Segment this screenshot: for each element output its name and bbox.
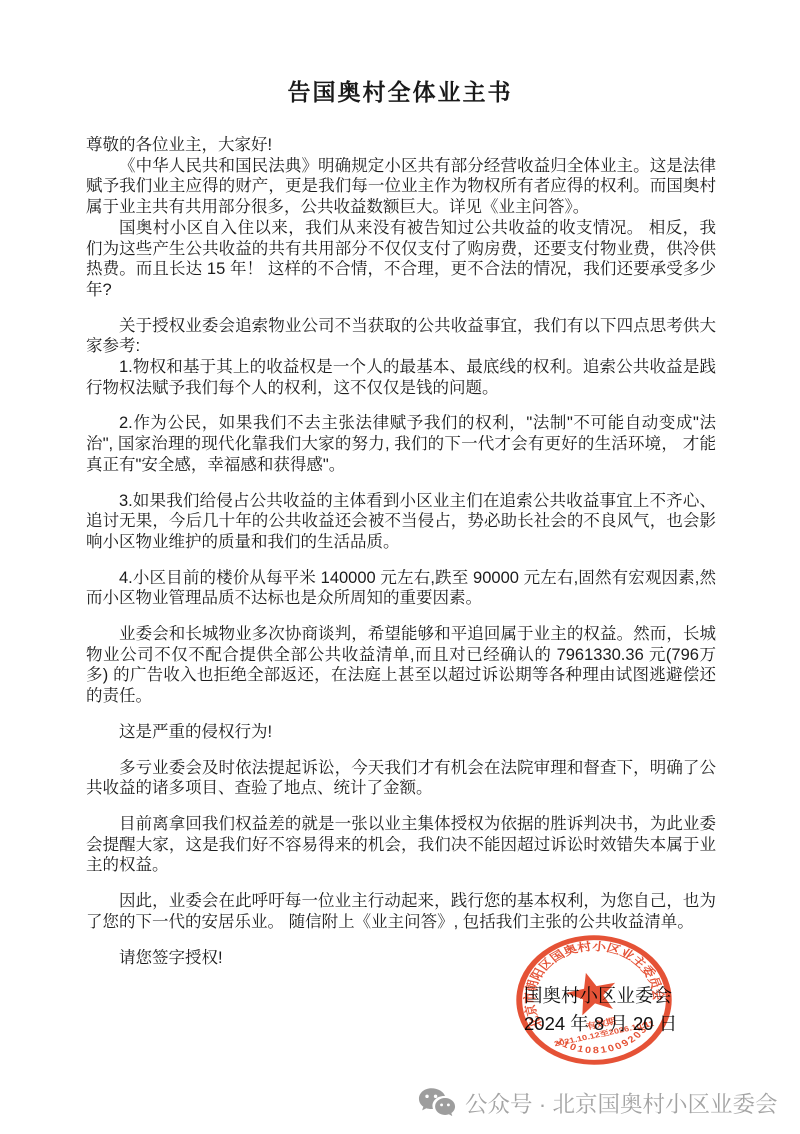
paragraph: 关于授权业委会追索物业公司不当获取的公共收益事宜，我们有以下四点思考供大家参考: — [86, 316, 716, 357]
document-body: 尊敬的各位业主，大家好! 《中华人民共和国民法典》明确规定小区共有部分经营收益归… — [86, 135, 716, 968]
paragraph-point-2: 2.作为公民，如果我们不去主张法律赋予我们的权利，"法制"不可能自动变成"法治"… — [86, 413, 716, 475]
paragraph: 业委会和长城物业多次协商谈判，希望能够和平追回属于业主的权益。然而，长城物业公司… — [86, 624, 716, 707]
document-title: 告国奥村全体业主书 — [0, 0, 800, 107]
paragraph: 多亏业委会及时依法提起诉讼，今天我们才有机会在法院审理和督查下，明确了公共收益的… — [86, 758, 716, 799]
document-page: 告国奥村全体业主书 尊敬的各位业主，大家好! 《中华人民共和国民法典》明确规定小… — [0, 0, 800, 1134]
paragraph-point-3: 3.如果我们给侵占公共收益的主体看到小区业主们在追索公共收益事宜上不齐心、追讨无… — [86, 491, 716, 553]
paragraph: 《中华人民共和国民法典》明确规定小区共有部分经营收益归全体业主。这是法律赋予我们… — [86, 156, 716, 218]
paragraph-point-1: 1.物权和基于其上的收益权是一个人的最基本、最底线的权利。追索公共收益是践行物权… — [86, 357, 716, 398]
seal-star-icon — [561, 968, 622, 1018]
official-seal: 北京市朝阳区国奥村小区业主委员会 有效期 2021.10.12至2026.10.… — [510, 930, 678, 1070]
paragraph: 国奥村小区自入住以来，我们从来没有被告知过公共收益的收支情况。 相反，我们为这些… — [86, 218, 716, 301]
wechat-watermark: 公众号 · 北京国奥村小区业委会 — [418, 1086, 778, 1119]
paragraph-point-4: 4.小区目前的楼价从每平米 140000 元左右,跌至 90000 元左右,固然… — [86, 568, 716, 609]
paragraph: 因此，业委会在此呼吁每一位业主行动起来，践行您的基本权利，为您自己，也为了您的下… — [86, 891, 716, 932]
wechat-watermark-label: 公众号 · 北京国奥村小区业委会 — [465, 1087, 778, 1119]
wechat-icon — [418, 1086, 456, 1119]
paragraph-emphasis: 这是严重的侵权行为! — [86, 722, 716, 743]
paragraph-greeting: 尊敬的各位业主，大家好! — [86, 135, 716, 156]
paragraph: 目前离拿回我们权益差的就是一张以业主集体授权为依据的胜诉判决书，为此业委会提醒大… — [86, 814, 716, 876]
